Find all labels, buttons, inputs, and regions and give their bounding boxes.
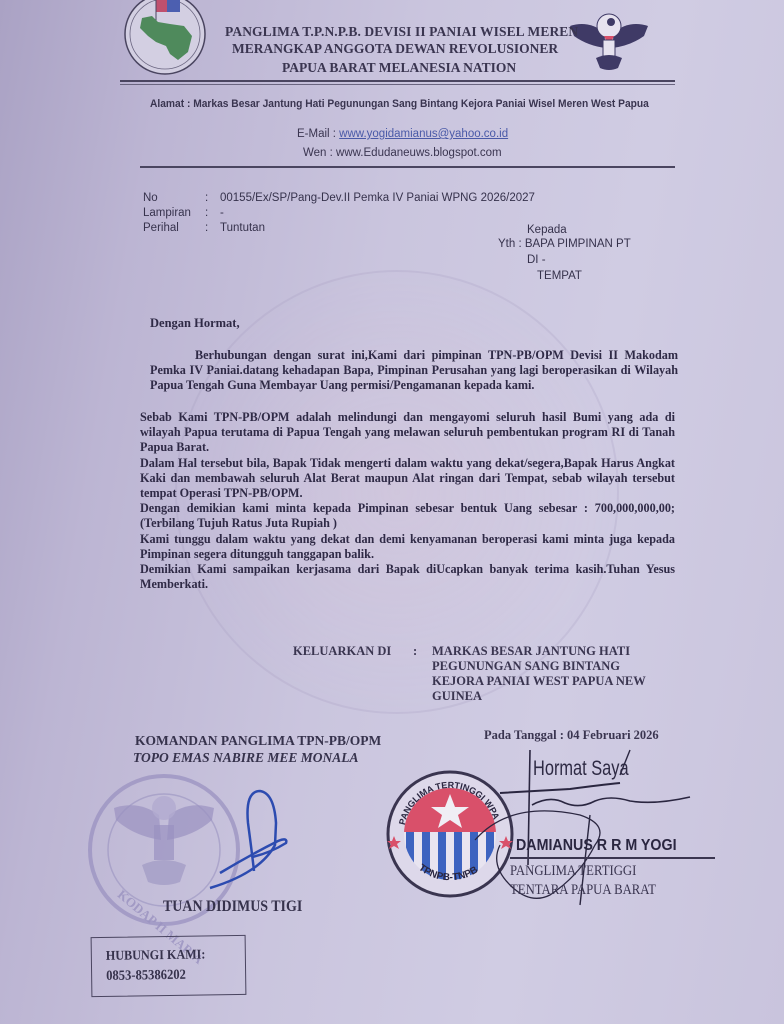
lampiran-value: - bbox=[220, 207, 224, 219]
body-paragraph: Demikian Kami sampaikan kerjasama dari B… bbox=[140, 562, 675, 592]
web-address: www.Edudaneuws.blogspot.com bbox=[336, 147, 502, 159]
no-label: No bbox=[143, 192, 158, 204]
header-divider bbox=[120, 80, 675, 82]
recipient-kepada: Kepada bbox=[527, 224, 567, 236]
right-signatory-role-2: TENTARA PAPUA BARAT bbox=[510, 882, 656, 899]
left-signatory-title-2: TOPO EMAS NABIRE MEE MONALA bbox=[133, 750, 359, 766]
letterhead-line-1: PANGLIMA T.P.N.P.B. DEVISI II PANIAI WIS… bbox=[225, 24, 578, 40]
recipient-yth: Yth : BAPA PIMPINAN PT bbox=[498, 238, 631, 250]
eagle-emblem-icon bbox=[566, 8, 652, 78]
letter-body-2: Sebab Kami TPN-PB/OPM adalah melindungi … bbox=[140, 410, 675, 592]
contact-phone: 0853-85386202 bbox=[106, 968, 186, 985]
right-signature-icon bbox=[470, 745, 720, 905]
body-paragraph: Berhubungan dengan surat ini,Kami dari p… bbox=[150, 348, 678, 394]
left-signature-icon bbox=[190, 783, 300, 893]
organization-emblem-icon bbox=[122, 0, 208, 76]
right-signatory-name: DAMIANUS R R M YOGI bbox=[516, 837, 677, 855]
letterhead-web-row: Wen : www.Edudaneuws.blogspot.com bbox=[303, 147, 502, 159]
perihal-value: Tuntutan bbox=[220, 222, 265, 234]
email-label: E-Mail : bbox=[297, 128, 339, 140]
no-colon: : bbox=[205, 192, 208, 204]
recipient-di: DI - bbox=[527, 254, 546, 266]
body-paragraph: Dengan demikian kami minta kepada Pimpin… bbox=[140, 501, 675, 531]
perihal-colon: : bbox=[205, 222, 208, 234]
letterhead-email-row: E-Mail : www.yogidamianus@yahoo.co.id bbox=[297, 128, 508, 140]
web-label: Wen : bbox=[303, 147, 336, 159]
issued-place-line: KEJORA PANIAI WEST PAPUA NEW bbox=[432, 674, 646, 689]
letterhead-line-2: MERANGKAP ANGGOTA DEWAN REVOLUSIONER bbox=[232, 41, 558, 57]
letter-body: Berhubungan dengan surat ini,Kami dari p… bbox=[150, 348, 678, 394]
lampiran-label: Lampiran bbox=[143, 207, 191, 219]
issued-date: Pada Tanggal : 04 Februari 2026 bbox=[484, 728, 659, 743]
body-paragraph: Sebab Kami TPN-PB/OPM adalah melindungi … bbox=[140, 410, 675, 456]
left-signatory-name: TUAN DIDIMUS TIGI bbox=[163, 898, 302, 916]
issued-place-line: MARKAS BESAR JANTUNG HATI bbox=[432, 644, 646, 659]
issued-colon: : bbox=[413, 644, 417, 659]
perihal-label: Perihal bbox=[143, 222, 179, 234]
recipient-tempat: TEMPAT bbox=[537, 270, 582, 282]
letter-number: 00155/Ex/SP/Pang-Dev.II Pemka IV Paniai … bbox=[220, 192, 535, 204]
letterhead-address: Alamat : Markas Besar Jantung Hati Pegun… bbox=[150, 98, 649, 110]
right-signatory-role-1: PANGLIMA TERTIGGI bbox=[510, 863, 636, 880]
issued-place-line: PEGUNUNGAN SANG BINTANG bbox=[432, 659, 646, 674]
left-signatory-title-1: KOMANDAN PANGLIMA TPN-PB/OPM bbox=[135, 733, 381, 749]
issued-label: KELUARKAN DI bbox=[293, 644, 391, 659]
issued-place-line: GUINEA bbox=[432, 689, 646, 704]
header-divider-thin bbox=[120, 84, 675, 85]
signature-underline bbox=[510, 857, 715, 859]
body-paragraph: Kami tunggu dalam waktu yang dekat dan d… bbox=[140, 532, 675, 562]
contact-label: HUBUNGI KAMI: bbox=[106, 946, 206, 963]
lampiran-colon: : bbox=[205, 207, 208, 219]
contact-box: HUBUNGI KAMI: 0853-85386202 bbox=[91, 935, 247, 997]
address-divider bbox=[140, 166, 675, 168]
greeting: Dengan Hormat, bbox=[150, 316, 240, 331]
email-link[interactable]: www.yogidamianus@yahoo.co.id bbox=[339, 128, 508, 140]
letterhead-line-3: PAPUA BARAT MELANESIA NATION bbox=[282, 60, 516, 76]
issued-place: MARKAS BESAR JANTUNG HATI PEGUNUNGAN SAN… bbox=[432, 644, 646, 704]
body-paragraph: Dalam Hal tersebut bila, Bapak Tidak men… bbox=[140, 456, 675, 502]
